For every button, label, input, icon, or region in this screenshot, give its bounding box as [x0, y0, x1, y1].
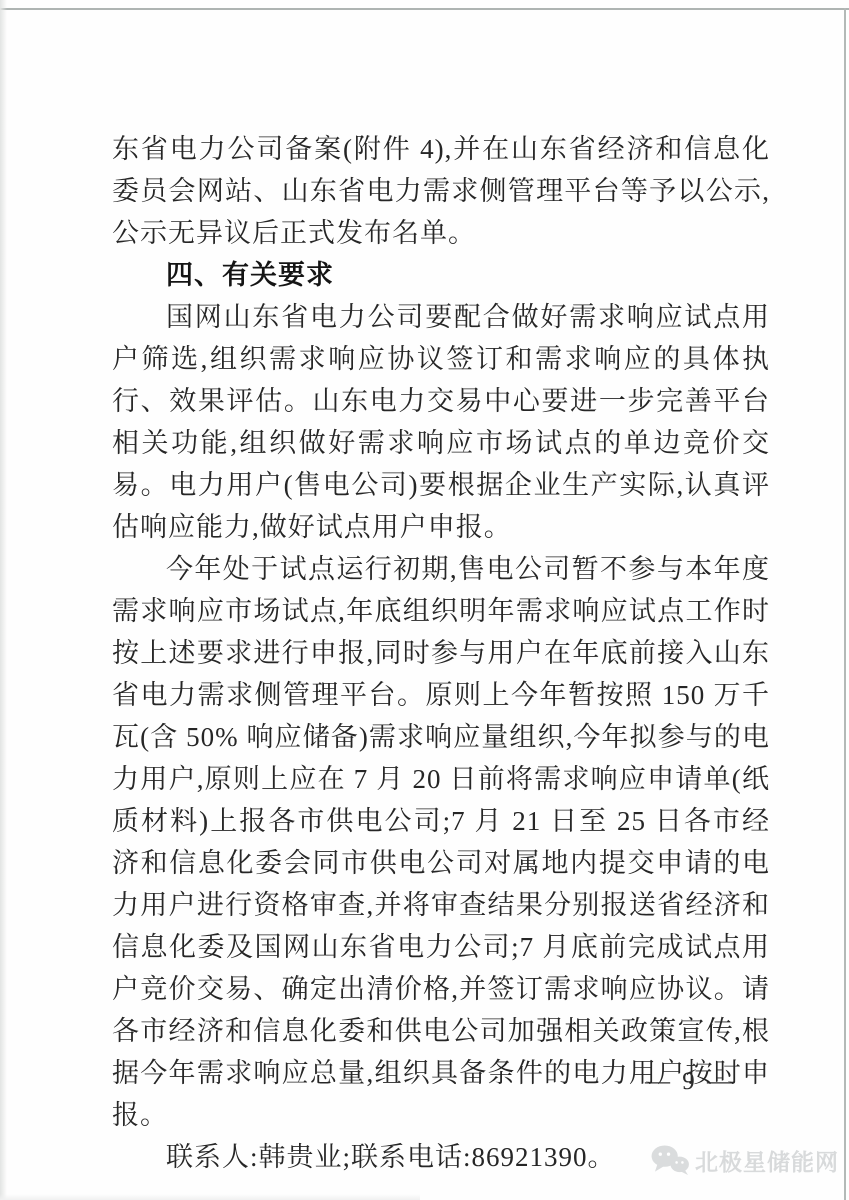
watermark: 北极星储能网	[650, 1144, 839, 1177]
scan-left-edge-shadow	[0, 0, 7, 1200]
document-body: 东省电力公司备案(附件 4),并在山东省经济和信息化委员会网站、山东省电力需求侧…	[112, 128, 770, 1178]
watermark-text: 北极星储能网	[695, 1144, 839, 1177]
paragraph-requirements-1: 国网山东省电力公司要配合做好需求响应试点用户筛选,组织需求响应协议签订和需求响应…	[112, 296, 770, 548]
wechat-icon	[650, 1144, 690, 1177]
continued-paragraph: 东省电力公司备案(附件 4),并在山东省经济和信息化委员会网站、山东省电力需求侧…	[112, 128, 770, 254]
scan-right-edge-line	[844, 8, 846, 1200]
section-heading: 四、有关要求	[112, 254, 770, 296]
scan-top-edge-line	[0, 8, 849, 10]
page-number: — 9 —	[645, 1068, 735, 1096]
document-page: 东省电力公司备案(附件 4),并在山东省经济和信息化委员会网站、山东省电力需求侧…	[0, 0, 849, 1200]
scan-bottom-edge-shadow	[0, 1194, 420, 1200]
paragraph-requirements-2: 今年处于试点运行初期,售电公司暂不参与本年度需求响应市场试点,年底组织明年需求响…	[112, 548, 770, 1136]
